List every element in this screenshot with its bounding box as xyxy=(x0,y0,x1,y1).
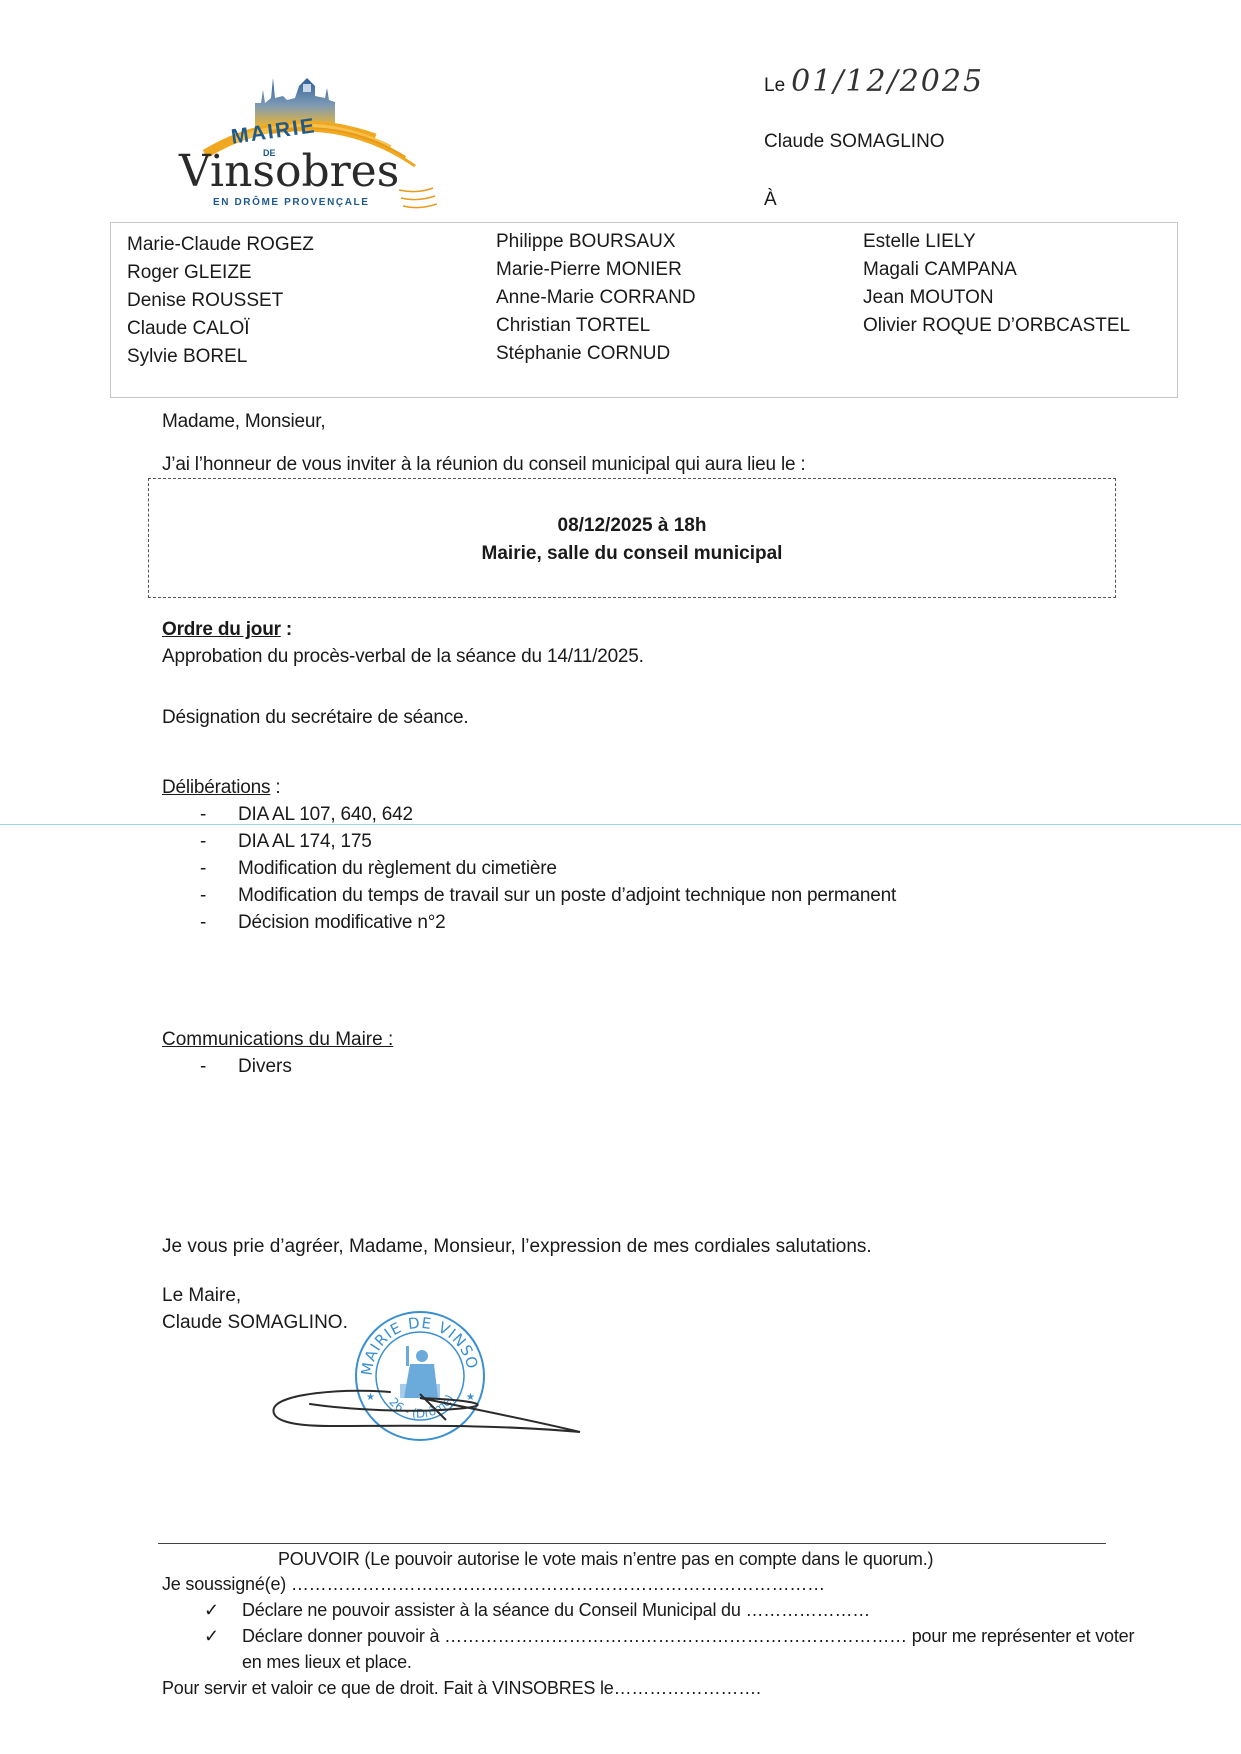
mairie-logo: MAIRIE DE Vinsobres EN DRÔME PROVENÇALE xyxy=(175,58,445,218)
date-prefix: Le xyxy=(764,75,785,96)
recipient: Roger GLEIZE xyxy=(127,259,314,287)
recipient: Sylvie BOREL xyxy=(127,343,314,371)
salutation: Madame, Monsieur, xyxy=(162,408,325,435)
recipients-column-2: Philippe BOURSAUX Marie-Pierre MONIER An… xyxy=(496,228,696,368)
pouvoir-checkbox-absence[interactable]: ✓ Déclare ne pouvoir assister à la séanc… xyxy=(162,1597,1102,1624)
meeting-datetime: 08/12/2025 à 18h xyxy=(149,512,1115,540)
deliberations-heading-text: Délibérations xyxy=(162,777,270,798)
meeting-details-box: 08/12/2025 à 18h Mairie, salle du consei… xyxy=(148,478,1116,598)
sender-name: Claude SOMAGLINO xyxy=(764,128,945,155)
recipient-label: À xyxy=(764,186,777,213)
recipient: Denise ROUSSET xyxy=(127,287,314,315)
deliberations-list: -DIA AL 107, 640, 642 -DIA AL 174, 175 -… xyxy=(146,801,1046,936)
deliberations-heading-colon: : xyxy=(270,777,280,798)
handwritten-date: 01/12/2025 xyxy=(791,64,984,99)
recipient: Magali CAMPANA xyxy=(863,256,1130,284)
recipient: Claude CALOÏ xyxy=(127,315,314,343)
recipient: Philippe BOURSAUX xyxy=(496,228,696,256)
agenda-heading-text: Ordre du jour xyxy=(162,619,281,640)
list-item: -DIA AL 174, 175 xyxy=(146,828,1046,855)
recipient: Marie-Pierre MONIER xyxy=(496,256,696,284)
pouvoir-title: POUVOIR (Le pouvoir autorise le vote mai… xyxy=(278,1546,933,1573)
agenda-heading-colon: : xyxy=(281,619,292,640)
signature-name: Claude SOMAGLINO. xyxy=(162,1309,348,1336)
list-item: -Divers xyxy=(146,1053,746,1080)
checkmark-icon: ✓ xyxy=(204,1597,219,1624)
meeting-place: Mairie, salle du conseil municipal xyxy=(149,540,1115,568)
agenda-item: Approbation du procès-verbal de la séanc… xyxy=(162,643,644,670)
communication-text: Divers xyxy=(238,1053,292,1080)
bullet-dash: - xyxy=(200,909,206,936)
communications-list: -Divers xyxy=(146,1053,746,1080)
recipient: Anne-Marie CORRAND xyxy=(496,284,696,312)
checkmark-icon: ✓ xyxy=(204,1623,219,1650)
swoosh-icon xyxy=(397,184,437,214)
deliberation-text: Décision modificative n°2 xyxy=(238,909,445,936)
deliberation-text: DIA AL 174, 175 xyxy=(238,828,372,855)
recipient: Stéphanie CORNUD xyxy=(496,340,696,368)
bullet-dash: - xyxy=(200,828,206,855)
invitation-text: J’ai l’honneur de vous inviter à la réun… xyxy=(162,451,806,478)
bullet-dash: - xyxy=(200,1053,206,1080)
pouvoir-undersigned-line[interactable]: Je soussigné(e) ………………………………………………………………… xyxy=(162,1571,825,1598)
pouvoir-item-text: Déclare ne pouvoir assister à la séance … xyxy=(242,1597,870,1624)
deliberation-text: Modification du temps de travail sur un … xyxy=(238,882,896,909)
pouvoir-item-text: Déclare donner pouvoir à ………………………………………… xyxy=(242,1623,1134,1650)
letter-date: Le01/12/2025 xyxy=(764,68,984,99)
agenda-item: Désignation du secrétaire de séance. xyxy=(162,704,469,731)
recipients-column-3: Estelle LIELY Magali CAMPANA Jean MOUTON… xyxy=(863,228,1130,340)
recipients-box: Marie-Claude ROGEZ Roger GLEIZE Denise R… xyxy=(110,222,1178,398)
recipient: Marie-Claude ROGEZ xyxy=(127,231,314,259)
bullet-dash: - xyxy=(200,855,206,882)
communications-heading-text: Communications du Maire : xyxy=(162,1029,393,1050)
recipient: Estelle LIELY xyxy=(863,228,1130,256)
logo-tagline: EN DRÔME PROVENÇALE xyxy=(213,197,370,208)
recipient: Jean MOUTON xyxy=(863,284,1130,312)
recipient: Olivier ROQUE D’ORBCASTEL xyxy=(863,312,1130,340)
list-item: -Modification du temps de travail sur un… xyxy=(146,882,1046,909)
recipient: Christian TORTEL xyxy=(496,312,696,340)
list-item: -Décision modificative n°2 xyxy=(146,909,1046,936)
recipients-column-1: Marie-Claude ROGEZ Roger GLEIZE Denise R… xyxy=(127,231,314,371)
logo-vinsobres: Vinsobres xyxy=(179,146,399,197)
list-item: -Modification du règlement du cimetière xyxy=(146,855,1046,882)
bullet-dash: - xyxy=(200,882,206,909)
signature-title: Le Maire, xyxy=(162,1282,241,1309)
section-divider xyxy=(158,1543,1106,1544)
pouvoir-item-continuation: en mes lieux et place. xyxy=(242,1649,412,1676)
scanner-artifact-line xyxy=(0,824,1241,825)
deliberations-heading: Délibérations : xyxy=(162,774,280,801)
pouvoir-checkbox-proxy[interactable]: ✓ Déclare donner pouvoir à …………………………………… xyxy=(162,1623,1102,1650)
agenda-heading: Ordre du jour : xyxy=(162,616,292,643)
closing-text: Je vous prie d’agréer, Madame, Monsieur,… xyxy=(162,1233,872,1260)
signature-scribble-icon xyxy=(270,1380,590,1450)
communications-heading: Communications du Maire : xyxy=(162,1026,393,1053)
pouvoir-footer[interactable]: Pour servir et valoir ce que de droit. F… xyxy=(162,1675,761,1702)
deliberation-text: Modification du règlement du cimetière xyxy=(238,855,557,882)
